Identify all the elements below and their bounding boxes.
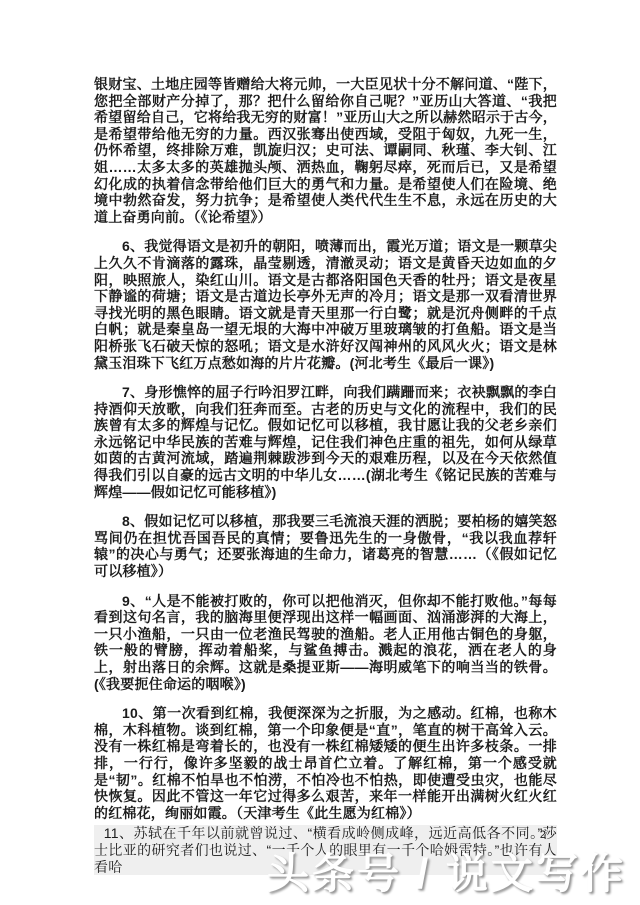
- document-page: 银财宝、土地庄园等皆赠给大将元帅，一大臣见状十分不解问道、“陛下，您把全部财产分…: [0, 0, 640, 905]
- watermark-text: 头条号 / 说文写作: [267, 841, 626, 901]
- text-column: 银财宝、土地庄园等皆赠给大将元帅，一大臣见状十分不解问道、“陛下，您把全部财产分…: [94, 76, 557, 875]
- paragraph-6: 6、我觉得语文是初升的朝阳，喷薄而出，霞光万道；语文是一颗草尖上久久不肯滴落的露…: [94, 238, 557, 371]
- paragraph-10: 10、第一次看到红棉，我便深深为之折服，为之感动。红棉，也称木棉，木科植物。谈到…: [94, 705, 557, 821]
- paragraph-9: 9、“人是不能被打败的，你可以把他消灭，但你却不能打败他。”每每看到这句名言，我…: [94, 593, 557, 693]
- paragraph-continuation: 银财宝、土地庄园等皆赠给大将元帅，一大臣见状十分不解问道、“陛下，您把全部财产分…: [94, 76, 557, 225]
- paragraph-8: 8、假如记忆可以移植，那我要三毛流浪天涯的洒脱；要柏杨的嬉笑怒骂间仍在担忧吾国吾…: [94, 513, 557, 579]
- paragraph-7: 7、身形憔悴的屈子行吟汨罗江畔，向我们蹒跚而来；衣袂飘飘的李白持酒仰天放歌，向我…: [94, 384, 557, 500]
